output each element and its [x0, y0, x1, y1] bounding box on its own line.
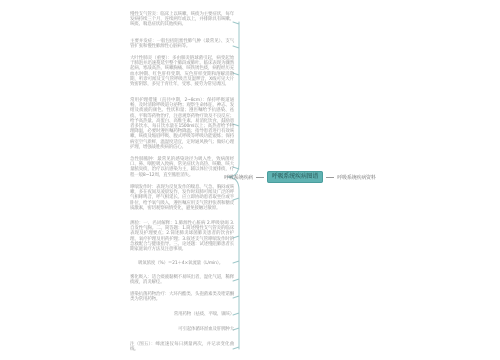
mindmap-node-row: 呼吸系统疾病 呼吸系统疾病图谱 呼吸系统疾病资料 [224, 169, 376, 185]
paragraph-block: 哮喘发作时：表现为反复发作的喘息、气急、胸闷或咳嗽，多在夜间及凌晨发作，发作时双… [130, 185, 234, 211]
paragraph-block: 测验：一、名词解释：1.肺源性心脏病 2.呼吸衰竭 3.自发性气胸。二、简答题：… [130, 221, 234, 252]
document-preview-canvas: 慢性支气管炎：临床上以咳嗽、咳痰为主要症状，每年发病持续三个月，连续两年或以上，… [0, 0, 500, 360]
paragraph-block: 吸氧浓度（%）＝21＋4×氧流量（L/min）。 [138, 261, 234, 266]
paragraph-block: 可引起体循环淤血及肝脾肿大 [130, 327, 234, 332]
root-node[interactable]: 呼吸系统疾病图谱 [267, 171, 323, 183]
paragraph-block: 常用药物（祛痰、平喘、镇咳） [130, 312, 234, 317]
paragraph-block: 常用护理措施（直径中期，2~8cm）：保持呼吸道通畅，及时清除呼吸道分泌物；观察… [130, 98, 234, 150]
paragraph-block: 急性肺脓肿：最常见的感染途径为吸入性，致病菌经口、鼻、咽腔吸入致病，常见症状为高… [130, 157, 234, 178]
left-branch-node[interactable]: 呼吸系统疾病 [224, 174, 253, 181]
paragraph-block: 雾化吸入：适合痰液黏稠不易咳出者，湿化气道，稀释痰液，消炎解痉。 [130, 275, 234, 285]
paragraph-block: 感染抗菌药物治疗：大环内酯类、头孢菌素类及喹诺酮类为常用药物。 [130, 292, 234, 302]
paragraph-block: 慢性支气管炎：临床上以咳嗽、咳痰为主要症状，每年发病持续三个月，连续两年或以上，… [130, 12, 234, 28]
connector-dash [326, 177, 334, 178]
paragraph-block: 注（图五）：峰流速仪每日测量两次，并记录变化曲线。 [130, 342, 234, 352]
paragraph-block: 大叶性肺炎（重要）：多由肺炎链球菌引起，病变起始于肺泡并迅速蔓延至整个肺段或肺叶… [130, 56, 234, 87]
connector-dash [256, 177, 264, 178]
paragraph-block: 主要并发症：一般包括阻塞性肺气肿（最常见）、支气管扩张和慢性肺源性心脏病等。 [130, 39, 234, 49]
right-branch-node[interactable]: 呼吸系统疾病资料 [337, 174, 375, 181]
